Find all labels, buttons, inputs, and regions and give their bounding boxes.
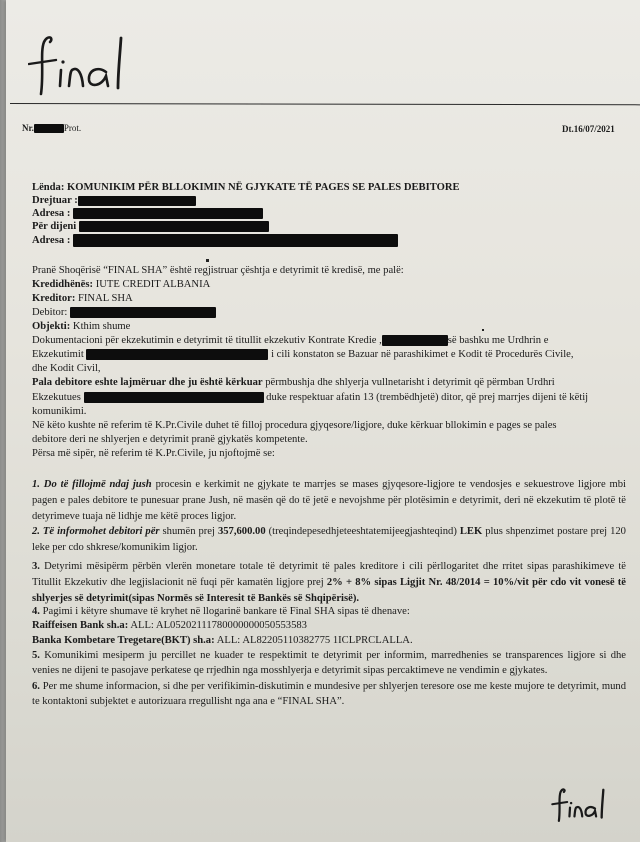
redacted-block xyxy=(70,307,216,318)
addressee-line: Drejtuar : xyxy=(32,194,196,207)
intro-text: Pranë Shoqërisë “FINAL SHA” është regjis… xyxy=(32,265,404,276)
speck xyxy=(206,259,209,262)
footer-final-logo: final xyxy=(550,782,620,827)
point-4: 4. Pagimi i këtyre shumave të kryhet në … xyxy=(32,606,410,617)
final-logo: final xyxy=(28,24,148,101)
bank-bkt: Banka Kombetare Tregetare(BKT) sh.a: ALL… xyxy=(32,635,413,646)
point-2: 2. Të informohet debitori për shumën pre… xyxy=(32,524,626,556)
debitor-line: Debitor: xyxy=(32,307,216,318)
documentation-line-2: Ekzekutimit i cili konstaton se Bazuar n… xyxy=(32,349,574,360)
speck xyxy=(482,329,484,331)
cc-line: Për dijeni xyxy=(32,220,269,233)
document-date: Dt.16/07/2021 xyxy=(562,124,615,134)
amount: 357,600.00 xyxy=(218,526,266,537)
redacted-block xyxy=(84,392,264,403)
bank-account: ALL: AL05202111780000000050553583 xyxy=(130,620,307,631)
redacted-block xyxy=(73,234,398,247)
redacted-block xyxy=(86,349,268,360)
bank-raiffeisen: Raiffeisen Bank sh.a: ALL: AL05202111780… xyxy=(32,620,307,631)
redacted-block xyxy=(79,221,269,232)
document-page: final Nr.Prot. Dt.16/07/2021 Lënda: KOMU… xyxy=(6,0,640,842)
protocol-number: Nr.Prot. xyxy=(22,123,81,133)
kreditor-line: Kreditor: FINAL SHA xyxy=(32,293,133,304)
notice-line-1: Pala debitore eshte lajmëruar dhe ju ësh… xyxy=(32,377,555,388)
creditor-line: Kredidhënës: IUTE CREDIT ALBANIA xyxy=(32,279,210,290)
cc-address-line: Adresa : xyxy=(32,234,398,247)
notice-line-5: debitore deri ne shlyerjen e detyrimit p… xyxy=(32,434,308,445)
notice-line-3: komunikimi. xyxy=(32,406,86,417)
header-divider xyxy=(10,103,640,105)
objekti-line: Objekti: Kthim shume xyxy=(32,321,130,332)
redacted-block xyxy=(73,208,263,219)
point-3: 3. Detyrimi mësipërm përbën vlerën monet… xyxy=(32,559,626,606)
documentation-line-1: Dokumentacioni për ekzekutimin e detyrim… xyxy=(32,335,548,346)
notice-line-6: Përsa më sipër, në referim të K.Pr.Civil… xyxy=(32,448,275,459)
notice-line-4: Në këto kushte në referim të K.Pr.Civile… xyxy=(32,420,557,431)
subject-title: KOMUNIKIM PËR BLLOKIMIN NË GJYKATE TË PA… xyxy=(67,182,460,193)
redacted-block xyxy=(34,124,64,133)
point-5: 5. Komunikimi mesiperm ju percillet ne k… xyxy=(32,648,626,678)
subject-line: Lënda: KOMUNIKIM PËR BLLOKIMIN NË GJYKAT… xyxy=(32,181,460,194)
notice-line-2: Ekzekutues duke respektuar afatin 13 (tr… xyxy=(32,392,588,403)
point-1: 1. Do të fillojmë ndaj jush procesin e k… xyxy=(32,477,626,524)
bank-account: ALL: AL82205110382775 1ICLPRCLALLA. xyxy=(217,635,413,646)
documentation-line-3: dhe Kodit Civil, xyxy=(32,363,101,374)
redacted-block xyxy=(382,335,448,346)
address-line: Adresa : xyxy=(32,207,263,220)
point-6: 6. Per me shume informacion, si dhe per … xyxy=(32,679,626,709)
redacted-block xyxy=(78,196,196,206)
